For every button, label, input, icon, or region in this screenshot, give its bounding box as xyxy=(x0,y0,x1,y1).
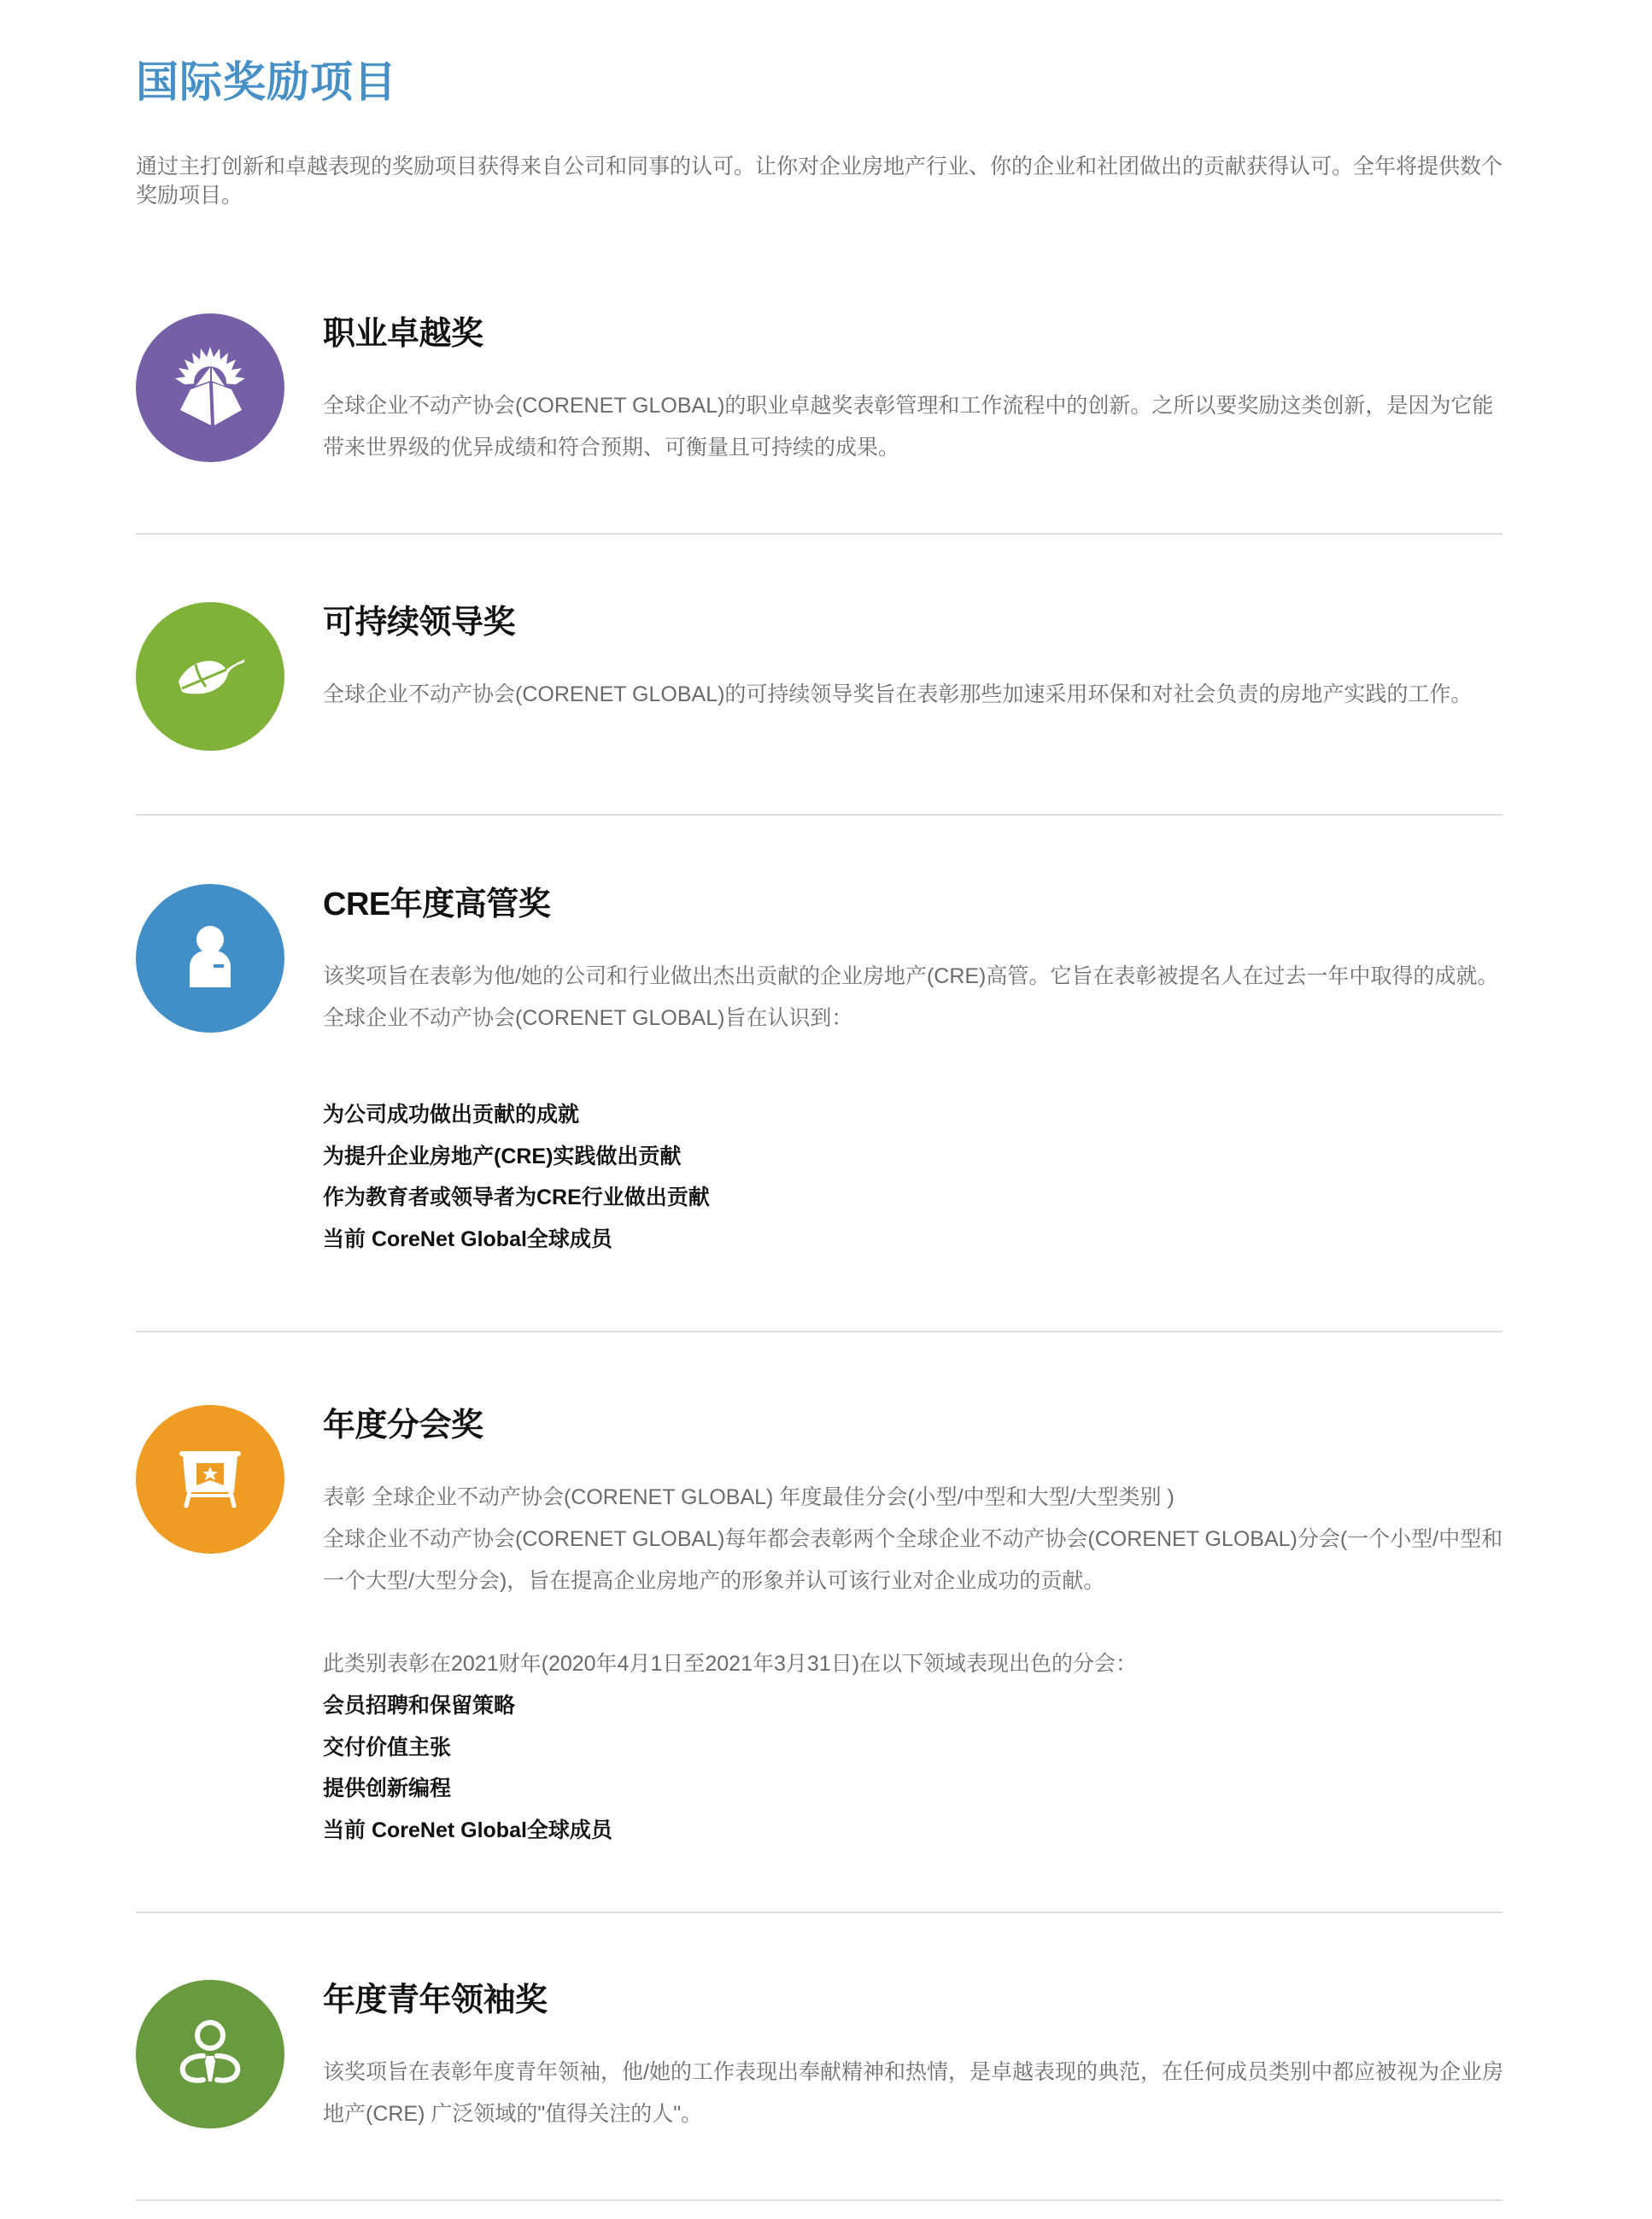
criteria-list: 为公司成功做出贡献的成就 为提升企业房地产(CRE)实践做出贡献 作为教育者或领… xyxy=(323,1094,1506,1260)
divider xyxy=(136,814,1503,816)
divider xyxy=(136,1912,1503,1913)
criteria-item: 会员招聘和保留策略 xyxy=(323,1685,1506,1727)
award-description: 该奖项旨在表彰为他/她的公司和行业做出杰出贡献的企业房地产(CRE)高管。它旨在… xyxy=(323,956,1506,1039)
criteria-item: 当前 CoreNet Global全球成员 xyxy=(323,1810,1506,1852)
person-badge-icon xyxy=(136,884,284,1033)
young-leader-icon xyxy=(136,1980,284,2128)
easel-star-icon xyxy=(136,1405,284,1554)
criteria-item: 作为教育者或领导者为CRE行业做出贡献 xyxy=(323,1177,1506,1219)
award-title: 可持续领导奖 xyxy=(323,602,1506,643)
divider xyxy=(136,1331,1503,1332)
award-title: CRE年度高管奖 xyxy=(323,884,1506,925)
page-title: 国际奖励项目 xyxy=(136,56,397,108)
sun-pyramid-icon xyxy=(136,313,284,462)
leaf-icon xyxy=(136,602,284,751)
award-description: 全球企业不动产协会(CORENET GLOBAL)的可持续领导奖旨在表彰那些加速… xyxy=(323,674,1506,716)
criteria-item: 为提升企业房地产(CRE)实践做出贡献 xyxy=(323,1136,1506,1178)
divider xyxy=(136,2199,1503,2201)
award-description: 该奖项旨在表彰年度青年领袖，他/她的工作表现出奉献精神和热情，是卓越表现的典范，… xyxy=(323,2052,1506,2135)
criteria-item: 当前 CoreNet Global全球成员 xyxy=(323,1219,1506,1261)
page-intro: 通过主打创新和卓越表现的奖励项目获得来自公司和同事的认可。让你对企业房地产行业、… xyxy=(136,152,1503,210)
award-title: 年度分会奖 xyxy=(323,1405,1506,1446)
award-description: 全球企业不动产协会(CORENET GLOBAL)的职业卓越奖表彰管理和工作流程… xyxy=(323,385,1506,469)
criteria-item: 为公司成功做出贡献的成就 xyxy=(323,1094,1506,1136)
criteria-item: 提供创新编程 xyxy=(323,1768,1506,1810)
criteria-intro: 此类别表彰在2021财年(2020年4月1日至2021年3月31日)在以下领域表… xyxy=(323,1643,1506,1685)
divider xyxy=(136,533,1503,535)
award-description: 表彰 全球企业不动产协会(CORENET GLOBAL) 年度最佳分会(小型/中… xyxy=(323,1477,1506,1519)
criteria-item: 交付价值主张 xyxy=(323,1727,1506,1769)
award-description: 全球企业不动产协会(CORENET GLOBAL)每年都会表彰两个全球企业不动产… xyxy=(323,1519,1506,1602)
award-title: 职业卓越奖 xyxy=(323,313,1506,354)
criteria-list: 会员招聘和保留策略 交付价值主张 提供创新编程 当前 CoreNet Globa… xyxy=(323,1685,1506,1851)
award-title: 年度青年领袖奖 xyxy=(323,1980,1506,2021)
